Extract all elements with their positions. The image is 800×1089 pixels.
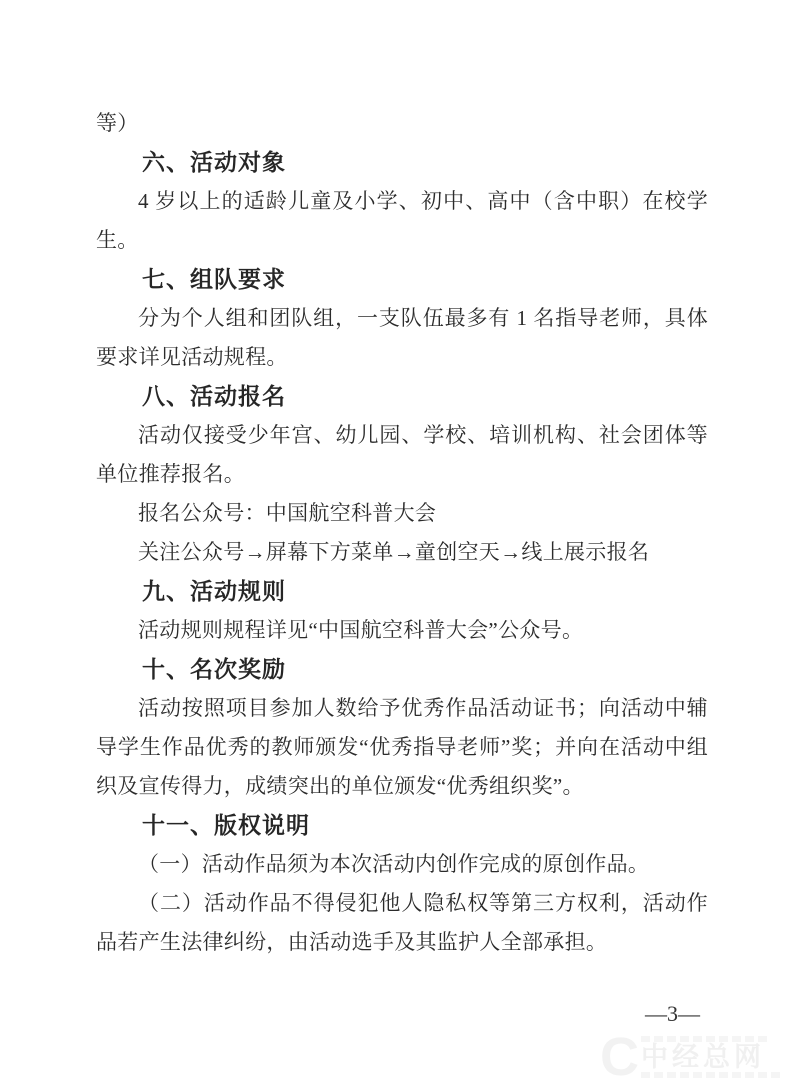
section-heading-team-requirements: 七、组队要求 bbox=[96, 260, 708, 299]
paragraph: 活动仅接受少年宫、幼儿园、学校、培训机构、社会团体等单位推荐报名。 bbox=[96, 416, 708, 494]
section-heading-activity-target: 六、活动对象 bbox=[96, 143, 708, 182]
section-heading-copyright: 十一、版权说明 bbox=[96, 806, 708, 845]
page-number: —3— bbox=[645, 1001, 700, 1027]
section-heading-activity-rules: 九、活动规则 bbox=[96, 572, 708, 611]
paragraph: 分为个人组和团队组，一支队伍最多有 1 名指导老师，具体要求详见活动规程。 bbox=[96, 299, 708, 377]
paragraph: 4 岁以上的适龄儿童及小学、初中、高中（含中职）在校学生。 bbox=[96, 182, 708, 260]
paragraph: 活动规则规程详见“中国航空科普大会”公众号。 bbox=[96, 611, 708, 650]
watermark-text: 中经总网 bbox=[641, 1042, 781, 1072]
document-body: 等） 六、活动对象 4 岁以上的适龄儿童及小学、初中、高中（含中职）在校学生。 … bbox=[96, 104, 708, 962]
section-heading-awards: 十、名次奖励 bbox=[96, 650, 708, 689]
paragraph-registration-path: 关注公众号→屏幕下方菜单→童创空天→线上展示报名 bbox=[96, 533, 708, 572]
lead-continuation-line: 等） bbox=[96, 104, 708, 143]
paragraph: （一）活动作品须为本次活动内创作完成的原创作品。 bbox=[96, 845, 708, 884]
paragraph: （二）活动作品不得侵犯他人隐私权等第三方权利，活动作品若产生法律纠纷，由活动选手… bbox=[96, 884, 708, 962]
section-heading-registration: 八、活动报名 bbox=[96, 377, 708, 416]
paragraph: 活动按照项目参加人数给予优秀作品活动证书；向活动中辅导学生作品优秀的教师颁发“优… bbox=[96, 689, 708, 806]
watermark-small-text-strip bbox=[641, 1072, 781, 1078]
watermark: C 中经总网 bbox=[600, 1025, 796, 1089]
paragraph-official-account: 报名公众号：中国航空科普大会 bbox=[96, 494, 708, 533]
watermark-c-logo-icon: C bbox=[600, 1030, 639, 1084]
document-page: 等） 六、活动对象 4 岁以上的适龄儿童及小学、初中、高中（含中职）在校学生。 … bbox=[0, 0, 800, 1089]
